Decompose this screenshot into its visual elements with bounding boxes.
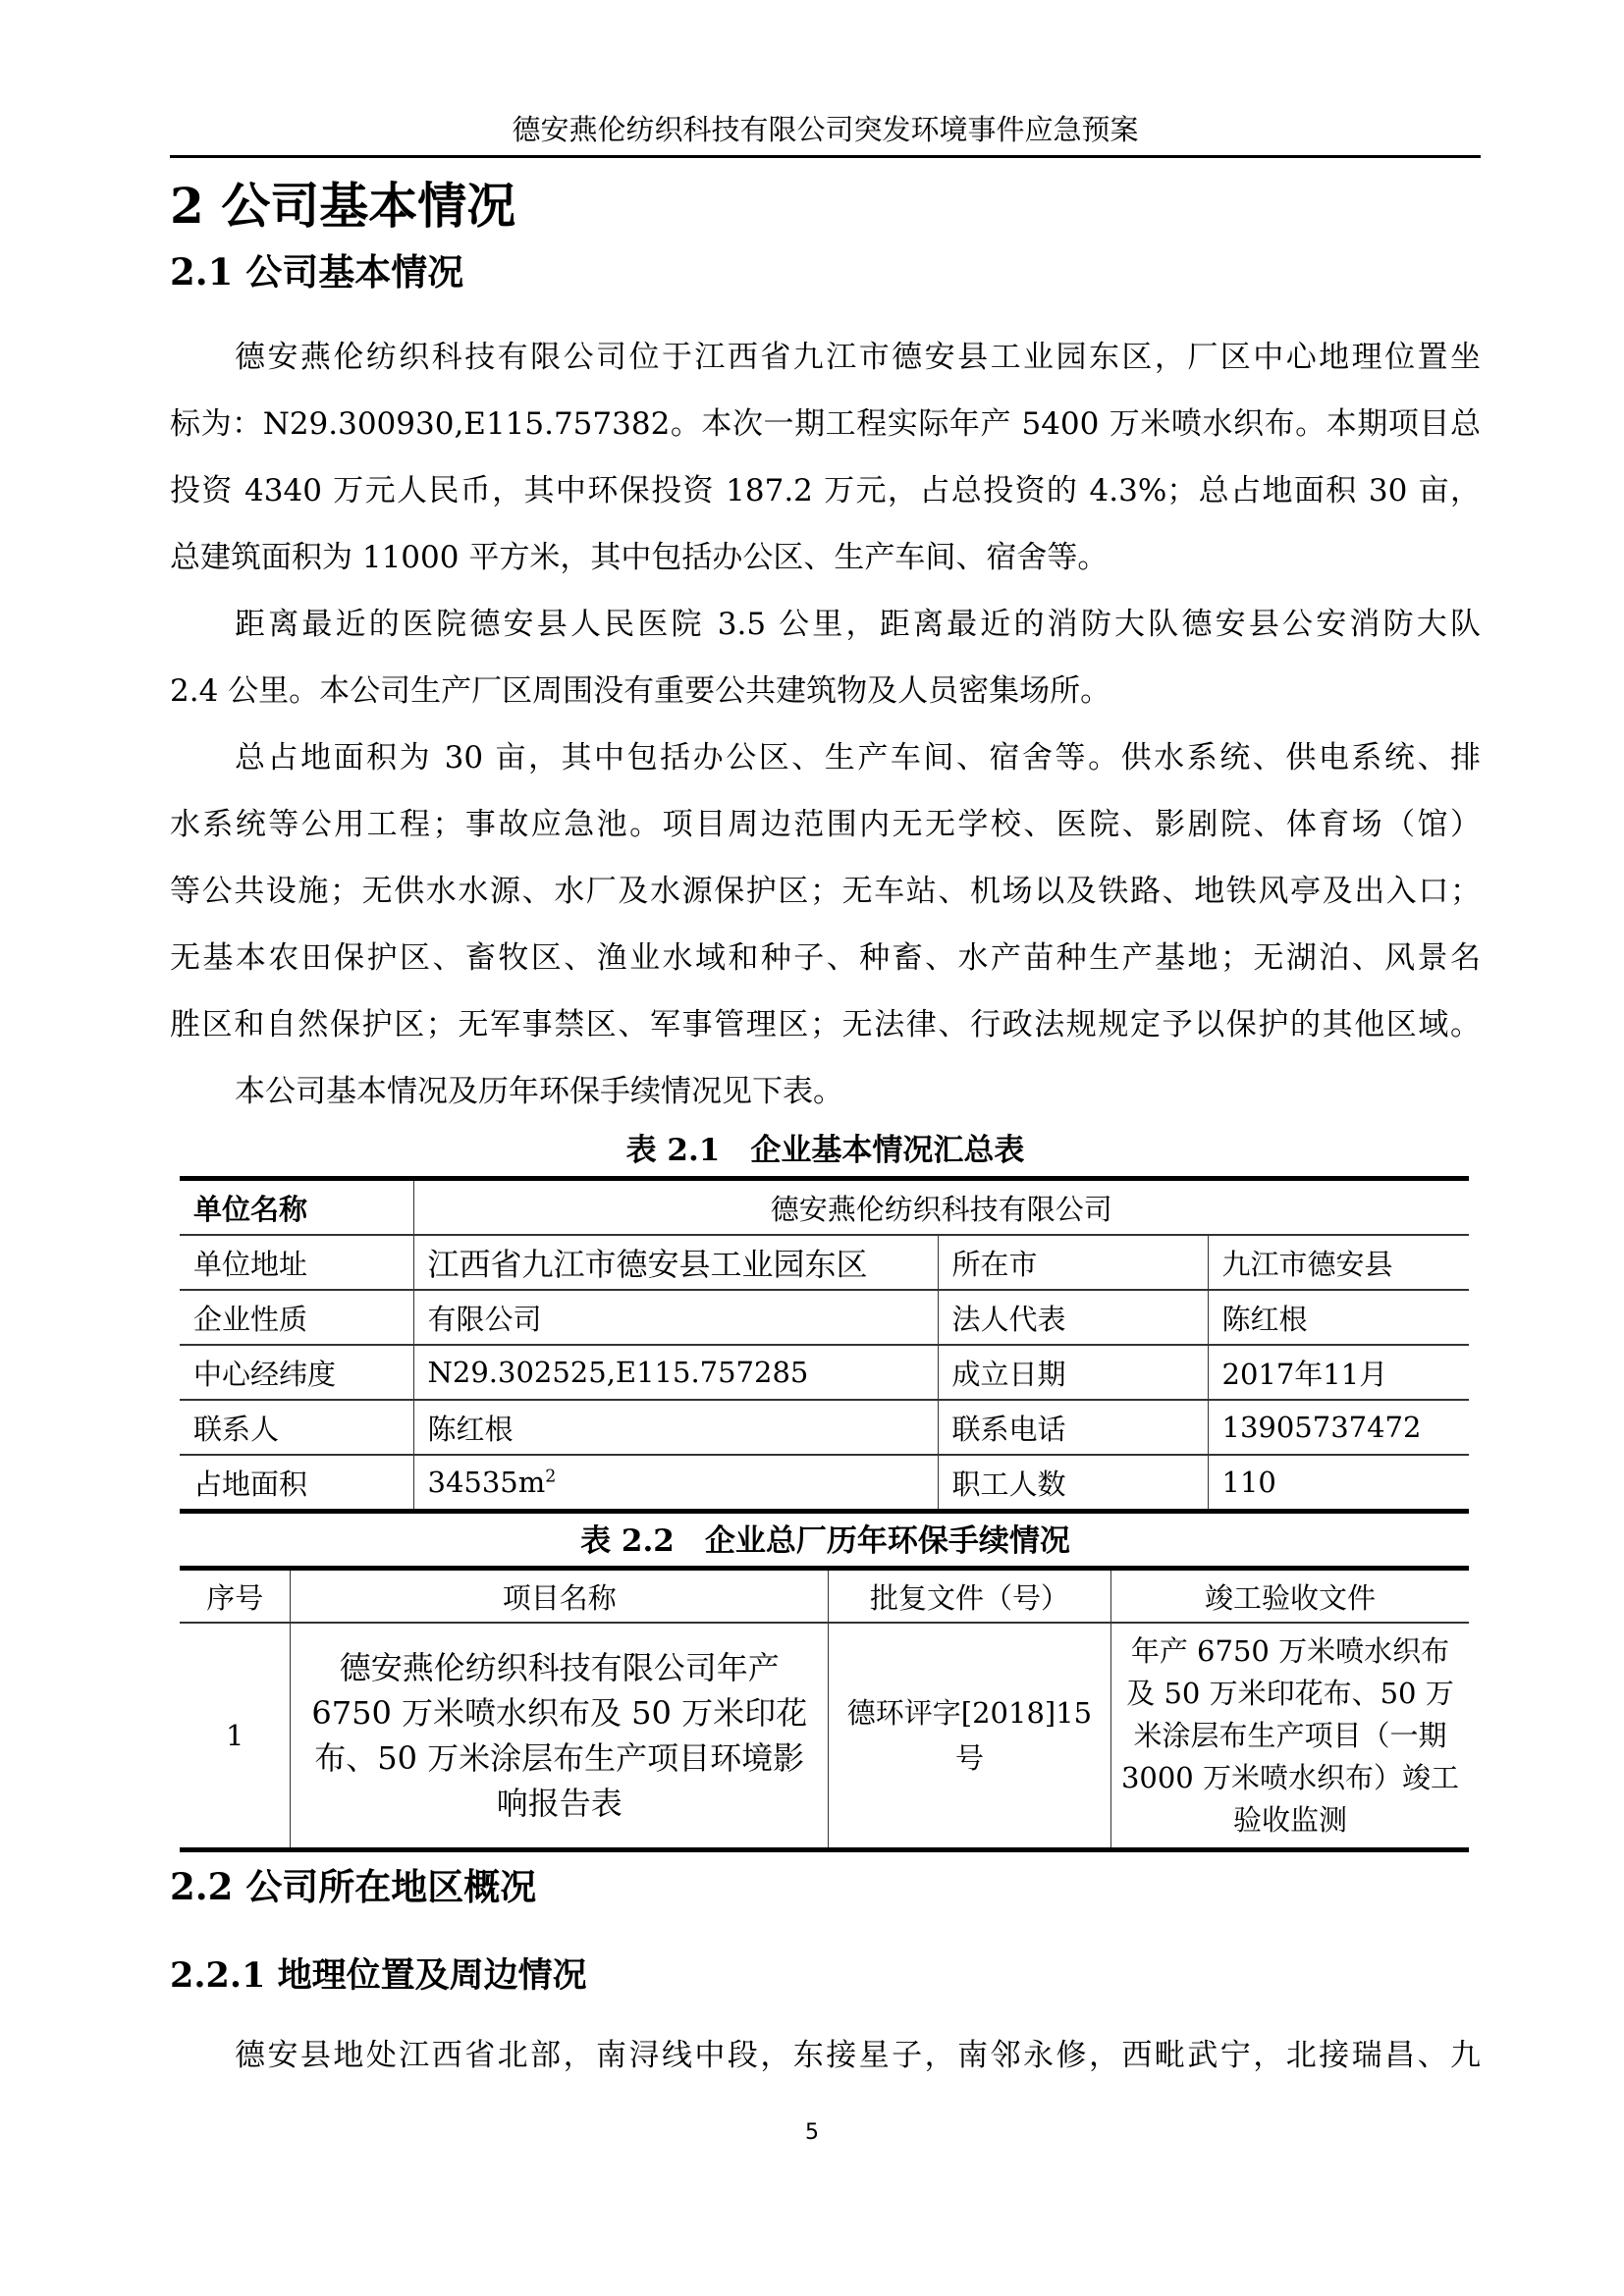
section-title-2-2-1: 2.2.1 地理位置及周边情况 bbox=[170, 1951, 587, 2001]
text-line: 胜区和自然保护区；无军事禁区、军事管理区；无法律、行政法规规定予以保护的其他区域… bbox=[170, 991, 1481, 1058]
cell-label: 法人代表 bbox=[938, 1290, 1208, 1345]
cell-label: 单位地址 bbox=[180, 1235, 413, 1290]
cell-value: 江西省九江市德安县工业园东区 bbox=[413, 1235, 938, 1290]
cell-value: N29.302525,E115.757285 bbox=[413, 1345, 938, 1400]
cell-value: 13905737472 bbox=[1208, 1400, 1469, 1455]
cell-label: 所在市 bbox=[938, 1235, 1208, 1290]
cell-acceptance-document: 年产 6750 万米喷水织布 及 50 万米印花布、50 万 米涂层布生产项目（… bbox=[1110, 1623, 1469, 1850]
header-rule bbox=[170, 155, 1481, 158]
paragraph-table-intro: 本公司基本情况及历年环保手续情况见下表。 bbox=[170, 1058, 1481, 1125]
cell-value: 2017年11月 bbox=[1208, 1345, 1469, 1400]
column-header: 竣工验收文件 bbox=[1110, 1569, 1469, 1624]
text-line: 德安燕伦纺织科技有限公司年产 bbox=[300, 1645, 818, 1690]
text-line: 无基本农田保护区、畜牧区、渔业水域和种子、种畜、水产苗种生产基地；无湖泊、风景名 bbox=[170, 925, 1481, 991]
table-2-2-caption: 表 2.2 企业总厂历年环保手续情况 bbox=[170, 1522, 1481, 1561]
cell-label: 占地面积 bbox=[180, 1455, 413, 1512]
cell-label: 中心经纬度 bbox=[180, 1345, 413, 1400]
cell-approval-document: 德环评字[2018]15 号 bbox=[829, 1623, 1111, 1850]
text-line: 总建筑面积为 11000 平方米，其中包括办公区、生产车间、宿舍等。 bbox=[170, 524, 1481, 591]
text-line: 验收监测 bbox=[1121, 1799, 1459, 1842]
cell-value: 陈红根 bbox=[413, 1400, 938, 1455]
text-line: 米涂层布生产项目（一期 bbox=[1121, 1715, 1459, 1757]
text-line: 响报告表 bbox=[300, 1781, 818, 1826]
cell-project-name: 德安燕伦纺织科技有限公司年产 6750 万米喷水织布及 50 万米印花 布、50… bbox=[291, 1623, 829, 1850]
table-row: 企业性质 有限公司 法人代表 陈红根 bbox=[180, 1290, 1469, 1345]
cell-label: 企业性质 bbox=[180, 1290, 413, 1345]
cell-label: 单位名称 bbox=[180, 1179, 413, 1236]
table-2-1-caption: 表 2.1 企业基本情况汇总表 bbox=[170, 1131, 1481, 1170]
table-header-row: 序号 项目名称 批复文件（号） 竣工验收文件 bbox=[180, 1569, 1469, 1624]
cell-value: 34535m2 bbox=[413, 1455, 938, 1512]
table-row: 中心经纬度 N29.302525,E115.757285 成立日期 2017年1… bbox=[180, 1345, 1469, 1400]
text-line: 总占地面积为 30 亩，其中包括办公区、生产车间、宿舍等。供水系统、供电系统、排 bbox=[170, 724, 1481, 791]
text-line: 德安燕伦纺织科技有限公司位于江西省九江市德安县工业园东区，厂区中心地理位置坐 bbox=[170, 324, 1481, 391]
company-info-table: 单位名称 德安燕伦纺织科技有限公司 单位地址 江西省九江市德安县工业园东区 所在… bbox=[180, 1176, 1469, 1514]
text-line: 水系统等公用工程；事故应急池。项目周边范围内无无学校、医院、影剧院、体育场（馆） bbox=[170, 791, 1481, 858]
table-row: 1 德安燕伦纺织科技有限公司年产 6750 万米喷水织布及 50 万米印花 布、… bbox=[180, 1623, 1469, 1850]
section-title-2-2: 2.2 公司所在地区概况 bbox=[170, 1862, 536, 1911]
table-row: 单位地址 江西省九江市德安县工业园东区 所在市 九江市德安县 bbox=[180, 1235, 1469, 1290]
paragraph-surroundings: 总占地面积为 30 亩，其中包括办公区、生产车间、宿舍等。供水系统、供电系统、排… bbox=[170, 724, 1481, 1058]
cell-label: 职工人数 bbox=[938, 1455, 1208, 1512]
column-header: 序号 bbox=[180, 1569, 291, 1624]
paragraph-nearby-facilities: 距离最近的医院德安县人民医院 3.5 公里，距离最近的消防大队德安县公安消防大队… bbox=[170, 591, 1481, 724]
area-unit-exponent: 2 bbox=[545, 1467, 556, 1486]
text-line: 年产 6750 万米喷水织布 bbox=[1121, 1630, 1459, 1673]
text-line: 德安县地处江西省北部，南浔线中段，东接星子，南邻永修，西毗武宁，北接瑞昌、九 bbox=[170, 2022, 1481, 2089]
cell-label: 联系电话 bbox=[938, 1400, 1208, 1455]
table-row: 联系人 陈红根 联系电话 13905737472 bbox=[180, 1400, 1469, 1455]
text-line: 标为：N29.300930,E115.757382。本次一期工程实际年产 540… bbox=[170, 391, 1481, 457]
text-line: 6750 万米喷水织布及 50 万米印花 bbox=[300, 1690, 818, 1735]
text-line: 投资 4340 万元人民币，其中环保投资 187.2 万元，占总投资的 4.3%… bbox=[170, 457, 1481, 524]
column-header: 项目名称 bbox=[291, 1569, 829, 1624]
cell-value: 德安燕伦纺织科技有限公司 bbox=[413, 1179, 1469, 1236]
paragraph-geography: 德安县地处江西省北部，南浔线中段，东接星子，南邻永修，西毗武宁，北接瑞昌、九 bbox=[170, 2022, 1481, 2089]
cell-value: 有限公司 bbox=[413, 1290, 938, 1345]
text-line: 布、50 万米涂层布生产项目环境影 bbox=[300, 1735, 818, 1781]
column-header: 批复文件（号） bbox=[829, 1569, 1111, 1624]
paragraph-company-location: 德安燕伦纺织科技有限公司位于江西省九江市德安县工业园东区，厂区中心地理位置坐 标… bbox=[170, 324, 1481, 591]
text-line: 等公共设施；无供水水源、水厂及水源保护区；无车站、机场以及铁路、地铁风亭及出入口… bbox=[170, 858, 1481, 925]
cell-value: 陈红根 bbox=[1208, 1290, 1469, 1345]
text-line: 3000 万米喷水织布）竣工 bbox=[1121, 1757, 1459, 1799]
cell-value: 九江市德安县 bbox=[1208, 1235, 1469, 1290]
running-header: 德安燕伦纺织科技有限公司突发环境事件应急预案 bbox=[170, 110, 1481, 149]
table-row: 单位名称 德安燕伦纺织科技有限公司 bbox=[180, 1179, 1469, 1236]
text-line: 及 50 万米印花布、50 万 bbox=[1121, 1673, 1459, 1715]
table-row: 占地面积 34535m2 职工人数 110 bbox=[180, 1455, 1469, 1512]
text-line: 距离最近的医院德安县人民医院 3.5 公里，距离最近的消防大队德安县公安消防大队 bbox=[170, 591, 1481, 658]
text-line: 本公司基本情况及历年环保手续情况见下表。 bbox=[170, 1058, 1481, 1125]
cell-label: 成立日期 bbox=[938, 1345, 1208, 1400]
cell-label: 联系人 bbox=[180, 1400, 413, 1455]
text-line: 2.4 公里。本公司生产厂区周围没有重要公共建筑物及人员密集场所。 bbox=[170, 658, 1481, 724]
area-value: 34535m bbox=[428, 1466, 546, 1499]
chapter-title: 2 公司基本情况 bbox=[170, 175, 515, 238]
section-title-2-1: 2.1 公司基本情况 bbox=[170, 247, 463, 296]
page-number: 5 bbox=[763, 2120, 861, 2145]
cell-index: 1 bbox=[180, 1623, 291, 1850]
cell-value: 110 bbox=[1208, 1455, 1469, 1512]
environmental-procedures-table: 序号 项目名称 批复文件（号） 竣工验收文件 1 德安燕伦纺织科技有限公司年产 … bbox=[180, 1566, 1469, 1852]
